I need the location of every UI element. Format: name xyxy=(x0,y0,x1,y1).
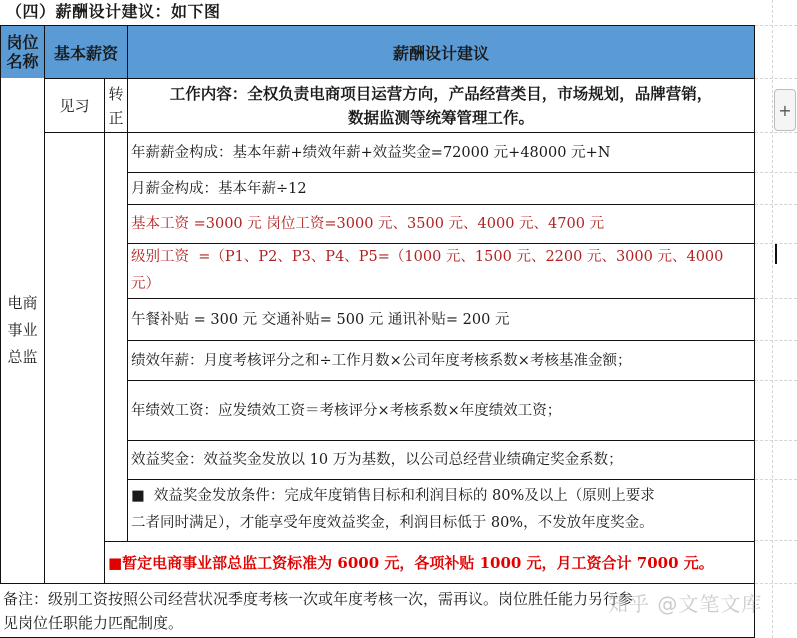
grid-line xyxy=(755,380,797,381)
header-position-name: 岗位 名称 xyxy=(0,25,45,79)
grid-line xyxy=(755,479,797,480)
position-name-cell: 电商 事业 总监 xyxy=(0,78,45,584)
grid-line xyxy=(755,172,797,173)
grid-line xyxy=(755,132,797,133)
regular-empty-cell xyxy=(104,132,128,542)
monthly-salary-row: 月薪金构成：基本年薪÷12 xyxy=(127,172,755,205)
summary-row: ■暂定电商事业部总监工资标准为 6000 元，各项补贴 1000 元，月工资合计… xyxy=(104,541,755,584)
header-base-salary: 基本薪资 xyxy=(44,25,128,79)
add-column-button[interactable]: + xyxy=(774,89,796,131)
job-content-cell: 工作内容：全权负责电商项目运营方向，产品经营类目，市场规划，品牌营销， 数据监测… xyxy=(127,78,755,133)
performance-wage-row: 年绩效工资：应发绩效工资＝考核评分×考核系数×年度绩效工资； xyxy=(127,380,755,441)
grid-line xyxy=(755,540,797,541)
benefit-bonus-row: 效益奖金：效益奖金发放以 10 万为基数，以公司总经营业绩确定奖金系数； xyxy=(127,440,755,480)
grid-line xyxy=(772,0,773,638)
probation-empty-cell xyxy=(44,132,105,584)
probation-label: 见习 xyxy=(44,78,105,133)
grid-line xyxy=(755,583,797,584)
grid-line xyxy=(755,340,797,341)
base-wage-row: 基本工资 =3000 元 岗位工资=3000 元、3500 元、4000 元、4… xyxy=(127,204,755,244)
level-wage-row: 级别工资 =（P1、P2、P3、P4、P5=（1000 元、1500 元、220… xyxy=(127,243,755,299)
performance-annual-row: 绩效年薪：月度考核评分之和÷工作月数×公司年度考核系数×考核基准金额； xyxy=(127,340,755,381)
bonus-condition-row: ■ 效益奖金发放条件：完成年度销售目标和利润目标的 80%及以上（原则上要求 二… xyxy=(127,479,755,542)
grid-line xyxy=(755,25,797,26)
grid-line xyxy=(755,298,797,299)
footnote: 备注：级别工资按照公司经营状况季度考核一次或年度考核一次，需再议。岗位胜任能力另… xyxy=(0,583,755,638)
grid-line xyxy=(755,78,797,79)
regular-label: 转 正 xyxy=(104,78,128,133)
annual-salary-row: 年薪薪金构成：基本年薪+绩效年薪+效益奖金=72000 元+48000 元+N xyxy=(127,132,755,173)
allowance-row: 午餐补贴 = 300 元 交通补贴= 500 元 通讯补贴= 200 元 xyxy=(127,298,755,341)
grid-line xyxy=(755,440,797,441)
grid-line xyxy=(755,204,797,205)
text-cursor xyxy=(775,244,777,264)
header-design-suggestion: 薪酬设计建议 xyxy=(127,25,755,79)
section-title: （四）薪酬设计建议：如下图 xyxy=(6,1,221,25)
